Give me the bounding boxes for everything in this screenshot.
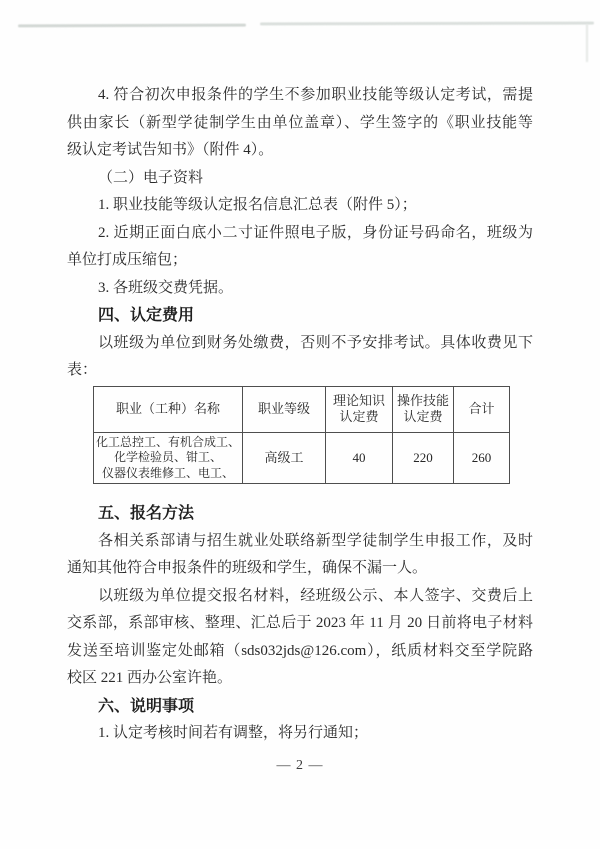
para-line: 以班级为单位提交报名材料，经班级公示、本人签字、交费后上 [67, 583, 533, 611]
para-line: 各相关系部请与招生就业处联络新型学徒制学生申报工作，及时 [67, 528, 533, 556]
scan-artifact-edge-right [586, 24, 588, 62]
para-line: 以班级为单位到财务处缴费，否则不予安排考试。具体收费见下 [67, 330, 533, 358]
fee-table-header-level: 职业等级 [243, 386, 326, 432]
section-heading-notes: 六、说明事项 [67, 693, 533, 721]
fee-table-cell-total: 260 [454, 432, 510, 484]
para-line: 表： [67, 357, 533, 385]
para-line: 通知其他符合申报条件的班级和学生，确保不漏一人。 [67, 555, 533, 583]
fee-table: 职业（工种）名称 职业等级 理论知识 认定费 操作技能 认定费 合计 化工总控工… [93, 386, 510, 485]
fee-table-cell-skill-fee: 220 [393, 432, 454, 484]
fee-table-header-skill-fee: 操作技能 认定费 [393, 386, 454, 432]
para-line: 4. 符合初次申报条件的学生不参加职业技能等级认定考试，需提 [67, 82, 533, 110]
para-line: 3. 各班级交费凭据。 [67, 275, 533, 303]
para-line: 发送至培训鉴定处邮箱（sds032jds@126.com），纸质材料交至学院路 [67, 638, 533, 666]
fee-table-cell-level: 高级工 [243, 432, 326, 484]
page-number: — 2 — [0, 758, 600, 774]
fee-table-header-theory-fee: 理论知识 认定费 [326, 386, 393, 432]
fee-table-header-row: 职业（工种）名称 职业等级 理论知识 认定费 操作技能 认定费 合计 [94, 386, 510, 432]
para-line: 1. 认定考核时间若有调整，将另行通知； [67, 720, 533, 748]
fee-table-header-total: 合计 [454, 386, 510, 432]
scanned-document-page: { "content": { "lines": [ {"text": "4. 符… [0, 0, 600, 849]
para-line: 1. 职业技能等级认定报名信息汇总表（附件 5）； [67, 192, 533, 220]
para-line: 供由家长（新型学徒制学生由单位盖章）、学生签字的《职业技能等 [67, 110, 533, 138]
section-heading-registration: 五、报名方法 [67, 500, 533, 528]
para-line: 2. 近期正面白底小二寸证件照电子版，身份证号码命名，班级为 [67, 220, 533, 248]
para-line: 级认定考试告知书》（附件 4）。 [67, 137, 533, 165]
fee-table-cell-theory-fee: 40 [326, 432, 393, 484]
subsection-heading: （二）电子资料 [67, 165, 533, 193]
document-body: 4. 符合初次申报条件的学生不参加职业技能等级认定考试，需提 供由家长（新型学徒… [67, 82, 533, 748]
para-line: 单位打成压缩包； [67, 247, 533, 275]
fee-table-data-row: 化工总控工、有机合成工、 化学检验员、钳工、 仪器仪表维修工、电工、 高级工 4… [94, 432, 510, 484]
para-line: 校区 221 西办公室许艳。 [67, 665, 533, 693]
fee-table-header-occupation: 职业（工种）名称 [94, 386, 243, 432]
para-line: 交系部，系部审核、整理、汇总后于 2023 年 11 月 20 日前将电子材料 [67, 610, 533, 638]
section-heading-fees: 四、认定费用 [67, 302, 533, 330]
fee-table-cell-occupations: 化工总控工、有机合成工、 化学检验员、钳工、 仪器仪表维修工、电工、 [94, 432, 243, 484]
